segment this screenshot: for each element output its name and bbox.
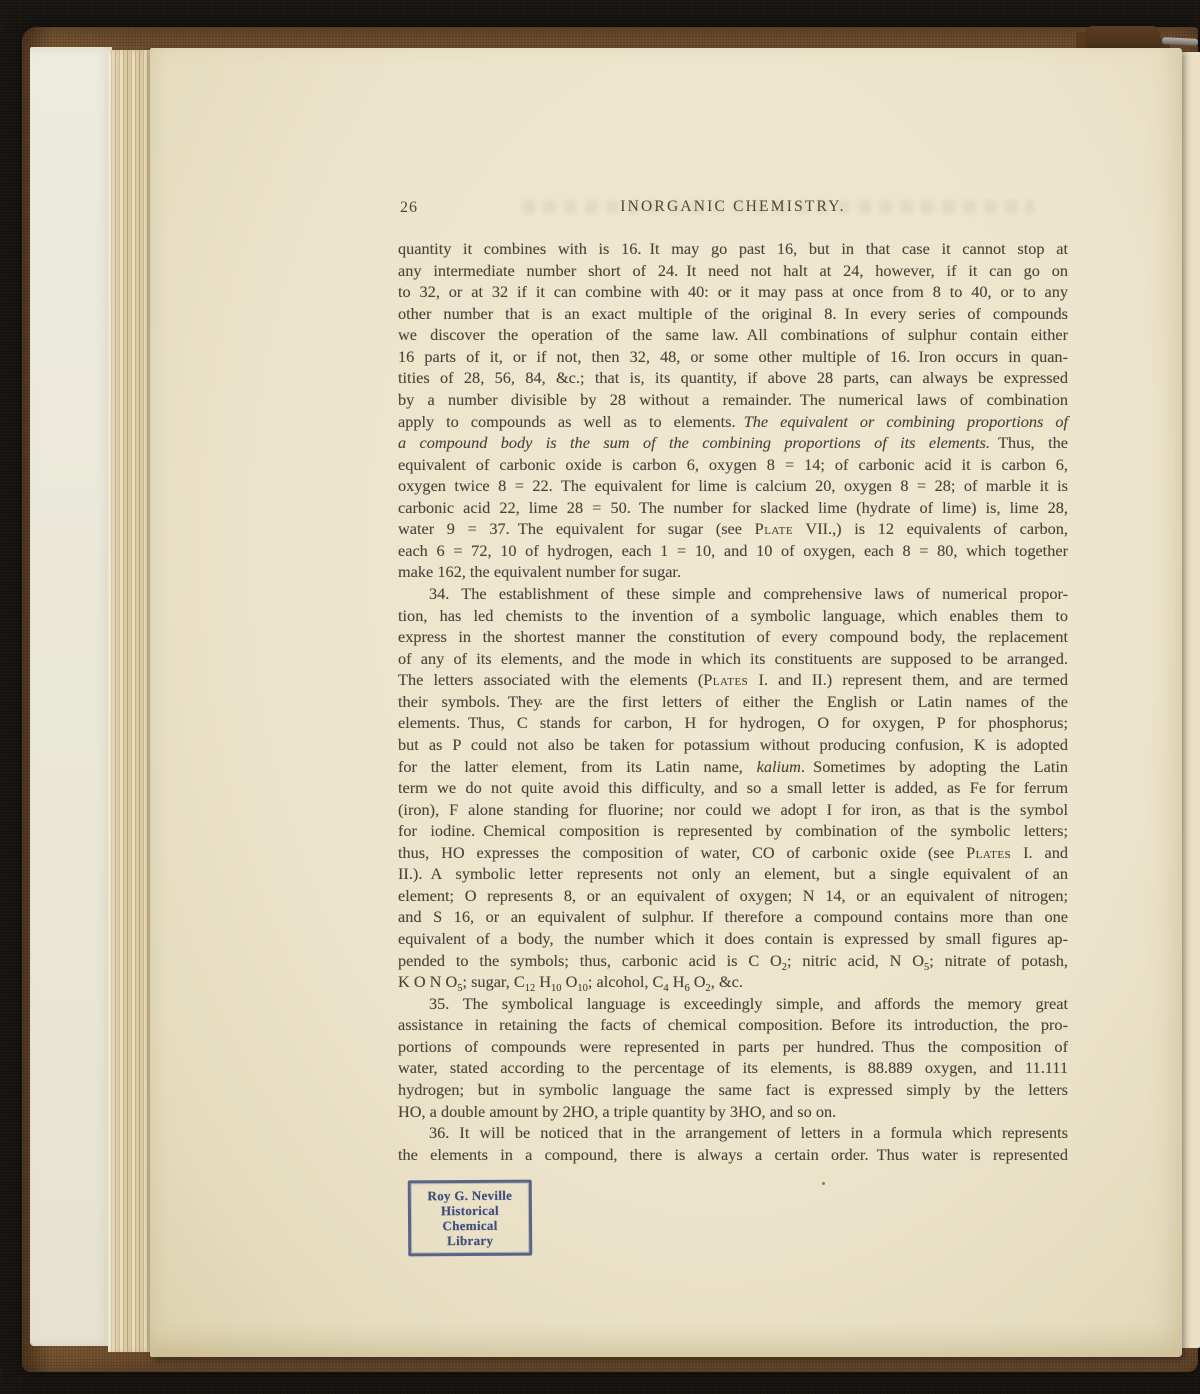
text-line: to 32, or at 32 if it can combine with 4… <box>398 281 1068 303</box>
text-run: make 162, the equivalent number for suga… <box>398 562 681 581</box>
stamp-line: Historical <box>418 1203 522 1219</box>
text-line: of any of its elements, and the mode in … <box>398 648 1068 670</box>
page-speck <box>822 1182 825 1185</box>
page-edge-stack <box>108 50 154 1352</box>
text-run: K O N O <box>398 972 457 991</box>
text-line: term we do not quite avoid this difficul… <box>398 777 1068 799</box>
text-run: pended to the symbols; thus, carbonic ac… <box>398 951 782 970</box>
text-line: thus, HO expresses the composition of wa… <box>398 842 1068 864</box>
text-line: tion, has led chemists to the invention … <box>398 605 1068 627</box>
text-run: apply to compounds as well as to element… <box>398 412 744 431</box>
stamp-line: Library <box>418 1233 522 1249</box>
text-run: Thus, the <box>990 433 1068 452</box>
text-run: II.). A symbolic letter represents not o… <box>398 864 1068 883</box>
text-line: equivalent of a body, the number which i… <box>398 928 1068 950</box>
text-run: H <box>669 972 685 991</box>
text-line: portions of compounds were represented i… <box>398 1036 1068 1058</box>
text-run: , &c. <box>711 972 743 991</box>
text-run: . Sometimes by adopting the Latin <box>801 757 1068 776</box>
text-line: we discover the operation of the same la… <box>398 324 1068 346</box>
text-line: their symbols. They are the first letter… <box>398 691 1068 713</box>
text-run: portions of compounds were represented i… <box>398 1037 1068 1056</box>
page-speck <box>726 291 728 294</box>
text-run: hydrogen; but in symbolic language the s… <box>398 1080 1068 1099</box>
text-line: but as P could not also be taken for pot… <box>398 734 1068 756</box>
text-run: I. and <box>1011 843 1068 862</box>
text-run: express in the shortest manner the const… <box>398 627 1068 646</box>
text-line: K O N O5; sugar, C12 H10 O10; alcohol, C… <box>398 971 1068 993</box>
text-line: The letters associated with the elements… <box>398 669 1068 691</box>
text-run: O <box>690 972 706 991</box>
text-line: make 162, the equivalent number for suga… <box>398 561 1068 583</box>
text-line: hydrogen; but in symbolic language the s… <box>398 1079 1068 1101</box>
text-run: term we do not quite avoid this difficul… <box>398 778 1068 797</box>
text-line: the elements in a compound, there is alw… <box>398 1144 1068 1166</box>
text-run: O <box>562 972 578 991</box>
text-line: element; O represents 8, or an equivalen… <box>398 885 1068 907</box>
text-line: 36. It will be noticed that in the arran… <box>398 1122 1068 1144</box>
text-line: tities of 28, 56, 84, &c.; that is, its … <box>398 367 1068 389</box>
text-line: pended to the symbols; thus, carbonic ac… <box>398 950 1068 972</box>
smallcaps-text: Plates <box>966 843 1011 862</box>
text-run: other number that is an exact multiple o… <box>398 304 1068 323</box>
text-run: each 6 = 72, 10 of hydrogen, each 1 = 10… <box>398 541 1068 560</box>
photo-background: { "content": { "page_number": "26", "run… <box>0 0 1200 1394</box>
text-line: for iodine. Chemical composition is repr… <box>398 820 1068 842</box>
text-line: oxygen twice 8 = 22. The equivalent for … <box>398 475 1068 497</box>
text-run: 34. The establishment of these simple an… <box>429 584 1068 603</box>
text-line: (iron), F alone standing for fluorine; n… <box>398 799 1068 821</box>
endpaper <box>30 47 112 1346</box>
text-run: tion, has led chemists to the invention … <box>398 606 1068 625</box>
text-line: 16 parts of it, or if not, then 32, 48, … <box>398 346 1068 368</box>
stamp-line: Roy G. Neville <box>418 1188 522 1204</box>
text-line: a compound body is the sum of the combin… <box>398 432 1068 454</box>
stamp-line: Chemical <box>418 1218 522 1234</box>
smallcaps-text: Plate <box>755 519 793 538</box>
text-run: 16 parts of it, or if not, then 32, 48, … <box>398 347 1068 366</box>
book-page: 26 INORGANIC CHEMISTRY. quantity it comb… <box>150 48 1182 1357</box>
text-line: elements. Thus, C stands for carbon, H f… <box>398 712 1068 734</box>
text-run: carbonic acid 22, lime 28 = 50. The numb… <box>398 498 1068 517</box>
text-run: oxygen twice 8 = 22. The equivalent for … <box>398 476 1068 495</box>
text-run: (iron), F alone standing for fluorine; n… <box>398 800 1068 819</box>
running-title: INORGANIC CHEMISTRY. <box>398 198 1068 216</box>
text-line: quantity it combines with is 16. It may … <box>398 238 1068 260</box>
text-line: any intermediate number short of 24. It … <box>398 260 1068 282</box>
text-run: quantity it combines with is 16. It may … <box>398 239 1068 258</box>
italic-text: a compound body is the sum of the combin… <box>398 433 990 452</box>
text-run: 35. The symbolical language is exceeding… <box>429 994 1068 1013</box>
text-line: water 9 = 37. The equivalent for sugar (… <box>398 518 1068 540</box>
text-line: HO, a double amount by 2HO, a triple qua… <box>398 1101 1068 1123</box>
text-run: VII.,) is 12 equivalents of carbon, <box>793 519 1068 538</box>
text-line: for the latter element, from its Latin n… <box>398 756 1068 778</box>
text-run: HO, a double amount by 2HO, a triple qua… <box>398 1102 836 1121</box>
text-run: assistance in retaining the facts of che… <box>398 1015 1068 1034</box>
text-line: assistance in retaining the facts of che… <box>398 1014 1068 1036</box>
text-line: other number that is an exact multiple o… <box>398 303 1068 325</box>
text-run: and S 16, or an equivalent of sulphur. I… <box>398 907 1068 926</box>
text-block: quantity it combines with is 16. It may … <box>398 238 1068 1165</box>
library-stamp: Roy G. NevilleHistoricalChemicalLibrary <box>408 1180 533 1257</box>
text-line: II.). A symbolic letter represents not o… <box>398 863 1068 885</box>
smallcaps-text: Plates <box>703 670 748 689</box>
running-header: 26 INORGANIC CHEMISTRY. <box>398 198 1068 220</box>
text-run: I. and II.) represent them, and are term… <box>748 670 1068 689</box>
text-run: any intermediate number short of 24. It … <box>398 261 1068 280</box>
text-line: apply to compounds as well as to element… <box>398 411 1068 433</box>
text-run: thus, HO expresses the composition of wa… <box>398 843 966 862</box>
text-run: ; sugar, C <box>463 972 525 991</box>
text-run: The letters associated with the elements… <box>398 670 703 689</box>
text-run: ; nitrate of potash, <box>929 951 1068 970</box>
text-run: the elements in a compound, there is alw… <box>398 1145 1068 1164</box>
text-run: H <box>535 972 551 991</box>
text-run: element; O represents 8, or an equivalen… <box>398 886 1068 905</box>
text-run: their symbols. They are the first letter… <box>398 692 1068 711</box>
text-line: 34. The establishment of these simple an… <box>398 583 1068 605</box>
text-run: for iodine. Chemical composition is repr… <box>398 821 1068 840</box>
text-run: elements. Thus, C stands for carbon, H f… <box>398 713 1068 732</box>
text-line: by a number divisible by 28 without a re… <box>398 389 1068 411</box>
paragraph: 34. The establishment of these simple an… <box>398 583 1068 993</box>
text-run: 36. It will be noticed that in the arran… <box>429 1123 1068 1142</box>
paragraph: 35. The symbolical language is exceeding… <box>398 993 1068 1122</box>
text-run: water, stated according to the percentag… <box>398 1058 1068 1077</box>
text-line: carbonic acid 22, lime 28 = 50. The numb… <box>398 497 1068 519</box>
text-line: 35. The symbolical language is exceeding… <box>398 993 1068 1015</box>
text-run: but as P could not also be taken for pot… <box>398 735 1068 754</box>
text-run: for the latter element, from its Latin n… <box>398 757 757 776</box>
italic-text: The equivalent or combining proportions … <box>744 412 1068 431</box>
text-run: ; nitric acid, N O <box>787 951 924 970</box>
text-run: we discover the operation of the same la… <box>398 325 1068 344</box>
text-run: water 9 = 37. The equivalent for sugar (… <box>398 519 755 538</box>
text-run: ; alcohol, C <box>588 972 664 991</box>
paragraph: 36. It will be noticed that in the arran… <box>398 1122 1068 1165</box>
text-run: equivalent of carbonic oxide is carbon 6… <box>398 455 1068 474</box>
text-run: to 32, or at 32 if it can combine with 4… <box>398 282 1068 301</box>
italic-text: kalium <box>757 757 801 776</box>
text-line: equivalent of carbonic oxide is carbon 6… <box>398 454 1068 476</box>
text-line: express in the shortest manner the const… <box>398 626 1068 648</box>
paragraph: quantity it combines with is 16. It may … <box>398 238 1068 583</box>
text-line: each 6 = 72, 10 of hydrogen, each 1 = 10… <box>398 540 1068 562</box>
text-run: tities of 28, 56, 84, &c.; that is, its … <box>398 368 1068 387</box>
text-line: water, stated according to the percentag… <box>398 1057 1068 1079</box>
text-run: of any of its elements, and the mode in … <box>398 649 1068 668</box>
page-speck <box>540 703 542 705</box>
text-run: by a number divisible by 28 without a re… <box>398 390 1068 409</box>
text-run: equivalent of a body, the number which i… <box>398 929 1068 948</box>
text-line: and S 16, or an equivalent of sulphur. I… <box>398 906 1068 928</box>
